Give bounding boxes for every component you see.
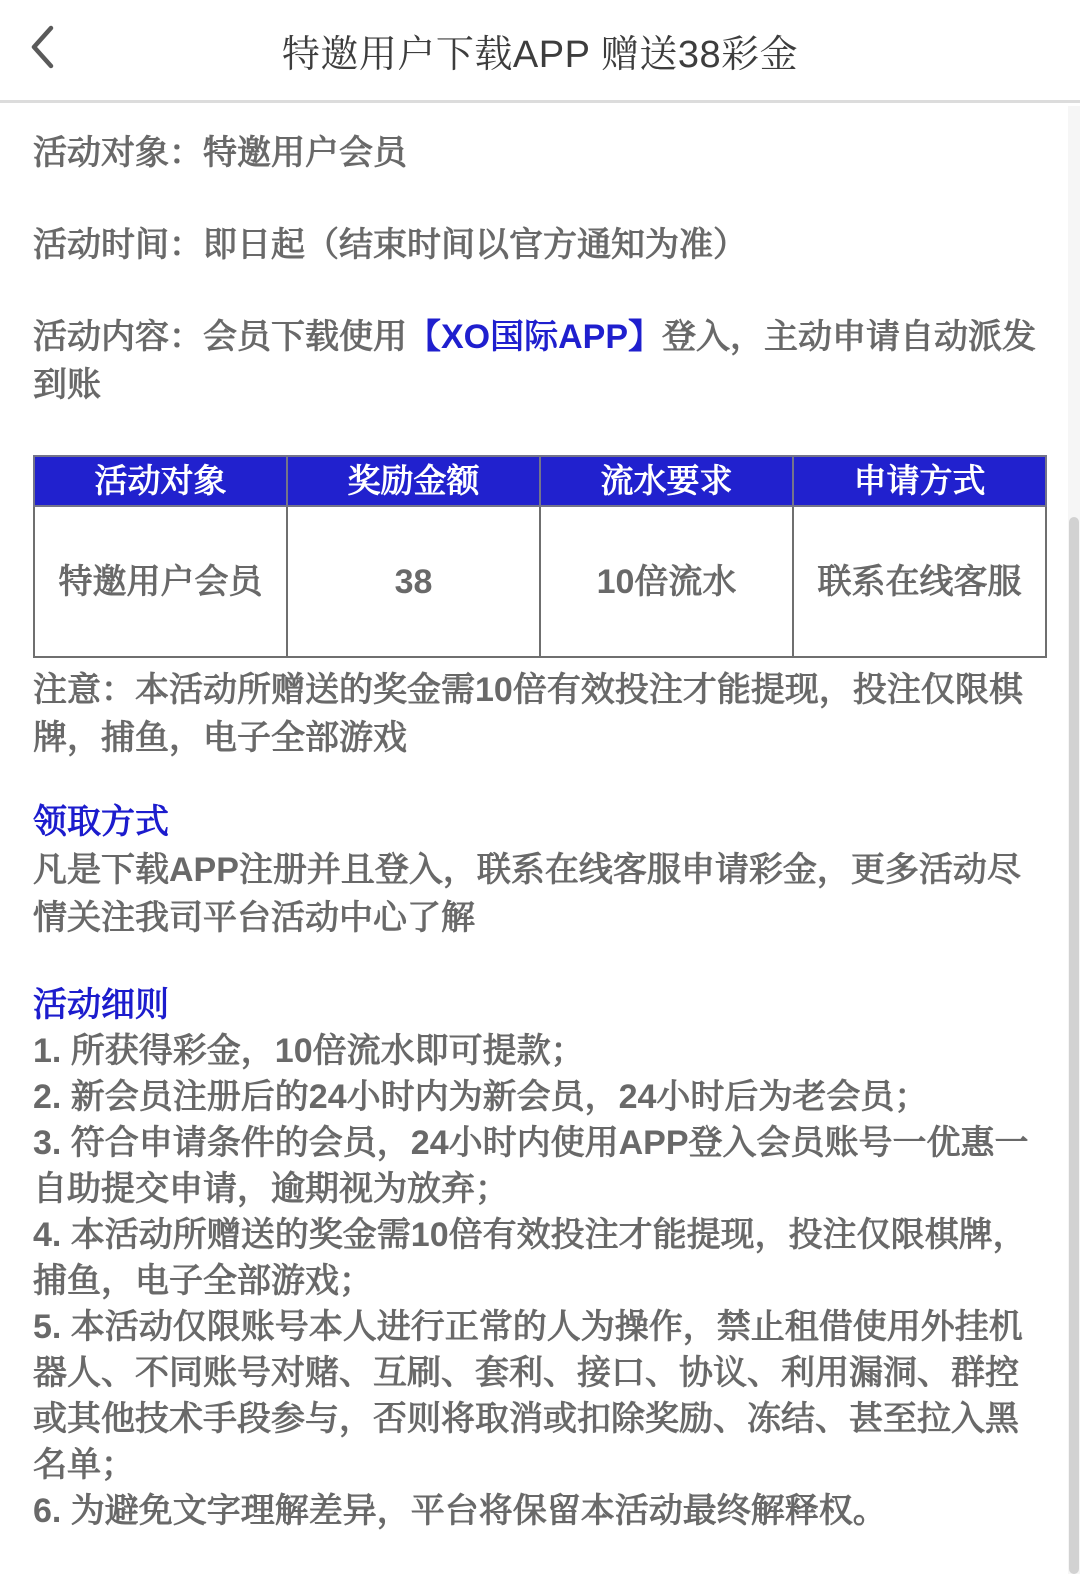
table-cell-turnover: 10倍流水	[540, 506, 793, 657]
back-button[interactable]	[28, 12, 92, 86]
chevron-left-icon	[28, 24, 56, 75]
table-header-turnover: 流水要求	[540, 456, 793, 506]
app-bar: 特邀用户下载APP 赠送38彩金	[0, 0, 1080, 103]
rule-item-1: 1. 所获得彩金，10倍流水即可提款；	[33, 1028, 1047, 1074]
notice-text: 注意：本活动所赠送的奖金需10倍有效投注才能提现，投注仅限棋牌，捕鱼，电子全部游…	[33, 666, 1047, 762]
activity-content-line: 活动内容：会员下载使用【XO国际APP】登入，主动申请自动派发到账	[33, 313, 1047, 409]
activity-content-prefix: 活动内容：会员下载使用	[33, 318, 407, 356]
claim-section-title: 领取方式	[33, 798, 1047, 846]
table-header-audience: 活动对象	[34, 456, 287, 506]
rule-item-3: 3. 符合申请条件的会员，24小时内使用APP登入会员账号一优惠一自助提交申请，…	[33, 1120, 1047, 1212]
table-header-reward: 奖励金额	[287, 456, 540, 506]
page-title: 特邀用户下载APP 赠送38彩金	[282, 23, 798, 78]
table-cell-reward: 38	[287, 506, 540, 657]
table-cell-apply: 联系在线客服	[793, 506, 1046, 657]
table-row: 特邀用户会员 38 10倍流水 联系在线客服	[34, 506, 1046, 657]
activity-audience-line: 活动对象：特邀用户会员	[33, 129, 1047, 177]
claim-section: 领取方式 凡是下载APP注册并且登入，联系在线客服申请彩金，更多活动尽情关注我司…	[33, 798, 1047, 942]
scrollbar[interactable]	[1068, 106, 1080, 1574]
promo-table: 活动对象 奖励金额 流水要求 申请方式 特邀用户会员 38 10倍流水 联系在线…	[33, 455, 1047, 658]
scrollbar-thumb[interactable]	[1069, 517, 1079, 1574]
activity-time-line: 活动时间：即日起（结束时间以官方通知为准）	[33, 221, 1047, 269]
rule-item-4: 4. 本活动所赠送的奖金需10倍有效投注才能提现，投注仅限棋牌，捕鱼，电子全部游…	[33, 1212, 1047, 1304]
table-header-row: 活动对象 奖励金额 流水要求 申请方式	[34, 456, 1046, 506]
table-header-apply: 申请方式	[793, 456, 1046, 506]
rule-item-2: 2. 新会员注册后的24小时内为新会员，24小时后为老会员；	[33, 1074, 1047, 1120]
page-content: 活动对象：特邀用户会员 活动时间：即日起（结束时间以官方通知为准） 活动内容：会…	[0, 103, 1080, 1534]
rule-item-5: 5. 本活动仅限账号本人进行正常的人为操作，禁止租借使用外挂机器人、不同账号对赌…	[33, 1304, 1047, 1488]
rules-section: 活动细则 1. 所获得彩金，10倍流水即可提款； 2. 新会员注册后的24小时内…	[33, 982, 1047, 1534]
table-cell-audience: 特邀用户会员	[34, 506, 287, 657]
claim-section-body: 凡是下载APP注册并且登入，联系在线客服申请彩金，更多活动尽情关注我司平台活动中…	[33, 846, 1047, 942]
rules-section-title: 活动细则	[33, 982, 1047, 1028]
app-name-highlight: 【XO国际APP】	[407, 318, 662, 356]
rule-item-6: 6. 为避免文字理解差异，平台将保留本活动最终解释权。	[33, 1488, 1047, 1534]
